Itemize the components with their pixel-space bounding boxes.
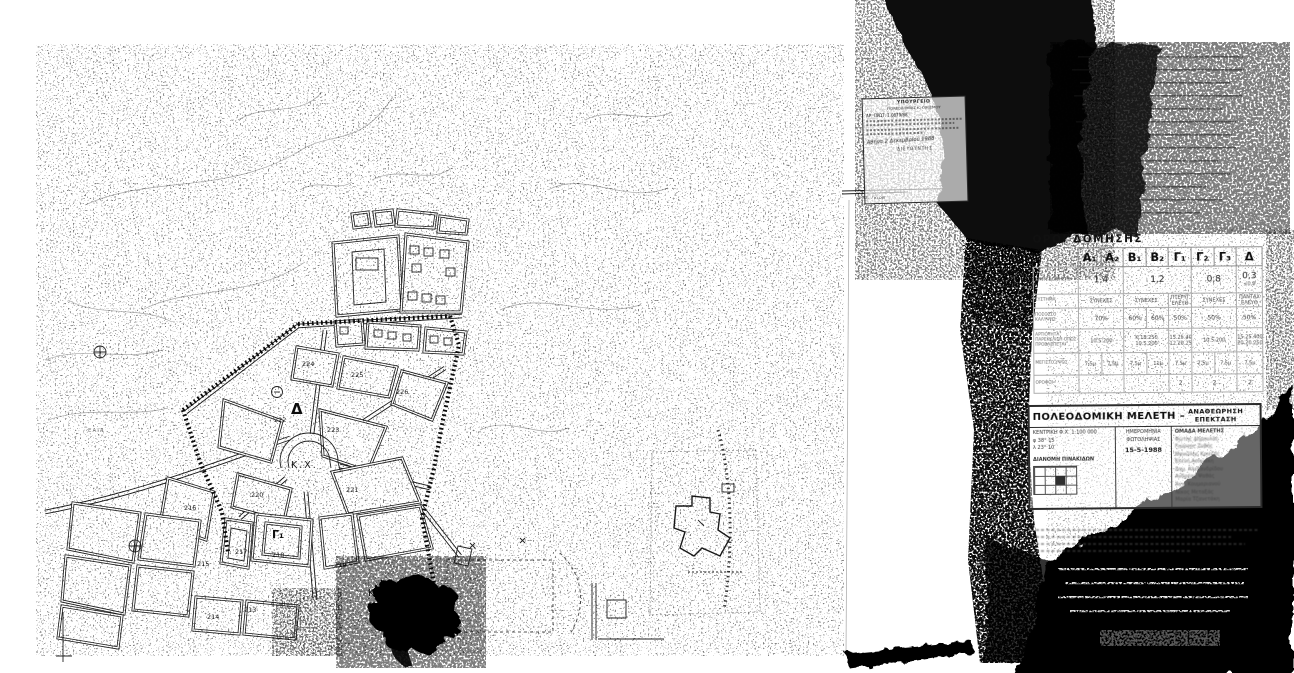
terms-table-title: ΟΡΟΙ ΔΟΜΗΣΗΣ bbox=[1032, 232, 1262, 246]
row-label: ΟΡΟΦΟΙ bbox=[1034, 375, 1079, 393]
table-cell: 7,5μ bbox=[1192, 352, 1215, 374]
table-cell: 1,2 bbox=[1123, 266, 1191, 293]
cell-value-2: ≤0,8 bbox=[1237, 281, 1262, 287]
zone-header-cell: Δ bbox=[1236, 247, 1262, 266]
row-label: ΠΟΣΟΣΤΟ ΚΑΛΥΨΗΣ bbox=[1033, 308, 1078, 329]
stamp-illegible-line bbox=[866, 126, 958, 131]
table-cell: 7,5μ bbox=[1237, 352, 1263, 374]
table-cell: 7,5μ bbox=[1214, 352, 1237, 374]
table-cell: 0,8 bbox=[1191, 266, 1236, 293]
table-row: ΟΡΟΦΟΙ 2 2 2 bbox=[1034, 374, 1263, 394]
study-subtitle: ΑΝΑΘΕΩΡΗΣΗ ΕΠΕΚΤΑΣΗ bbox=[1188, 407, 1243, 423]
table-cell: ΠΤΕΡΥΓ ΕΛΕΥΘ bbox=[1169, 293, 1192, 307]
table-cell: 7,5μ bbox=[1101, 353, 1124, 375]
photo-date-value: 15-5-1988 bbox=[1119, 446, 1168, 454]
scanned-plan-sheet: 213 214 215 216 217 218 219 220 221 222 … bbox=[0, 0, 1294, 673]
stamp-protocol: ΑΡ. ΠΡΩΤ. 1.0879/88 bbox=[866, 111, 962, 119]
title-block-header: ΠΟΛΕΟΔΟΜΙΚΗ ΜΕΛΕΤΗ – ΑΝΑΘΕΩΡΗΣΗ ΕΠΕΚΤΑΣΗ bbox=[1030, 405, 1260, 428]
team-member-list: Φώτης Δημουλάς Γιώργος Ζυβής Μανώλης Κρι… bbox=[1175, 436, 1258, 505]
table-row: ΜΕΓΙΣΤΟ ΥΨΟΣ 7,5μ 7,5μ 7,5μ 11μ 7,5μ 7,5… bbox=[1034, 352, 1263, 376]
zone-header-row: Α₁ Α₂ Β₁ Β₂ Γ₁ Γ₂ Γ₃ Δ bbox=[1033, 247, 1262, 268]
approval-stamp: ΥΠΟΥΡΓΕΙΟ ΠΟΛΕΟΔΟΜΙΑΣ Κ. ΟΙΚΙΣΜΟΥ ΑΡ. ΠΡ… bbox=[862, 96, 969, 205]
current-sheet-marker bbox=[1055, 476, 1065, 485]
sheet-index-label: ΔΙΑΝΟΜΗ ΠΙΝΑΚΙΔΩΝ bbox=[1033, 456, 1112, 464]
row-label: ΜΕΓΙΣΤΟ ΥΨΟΣ bbox=[1034, 353, 1079, 375]
title-block: ΠΟΛΕΟΔΟΜΙΚΗ ΜΕΛΕΤΗ – ΑΝΑΘΕΩΡΗΣΗ ΕΠΕΚΤΑΣΗ… bbox=[1028, 403, 1263, 510]
table-cell: 2 bbox=[1192, 374, 1237, 392]
zone-header-cell: Α₂ bbox=[1101, 248, 1124, 267]
table-cell: 7,5μ bbox=[1169, 352, 1192, 374]
zone-header-cell: Α₁ bbox=[1078, 248, 1101, 267]
table-cell: 2 bbox=[1237, 374, 1263, 392]
cell-value: 0,3 bbox=[1237, 271, 1262, 281]
zone-header-cell: Β₂ bbox=[1146, 247, 1169, 266]
table-cell: 70% bbox=[1079, 308, 1124, 329]
zone-header-cell: Γ₂ bbox=[1191, 247, 1214, 266]
table-cell: 10.5.200 bbox=[1079, 329, 1124, 353]
zone-header-cell: Β₁ bbox=[1123, 248, 1146, 267]
table-cell: 15.25.400 20.20.250 bbox=[1237, 328, 1263, 352]
table-cell: 50% bbox=[1169, 307, 1192, 328]
zone-header-cell: Γ₃ bbox=[1214, 247, 1237, 266]
building-terms-table: ΟΡΟΙ ΔΟΜΗΣΗΣ Α₁ Α₂ Β₁ Β₂ Γ₁ Γ₂ Γ₃ Δ ΣΥΝΤ… bbox=[1032, 232, 1263, 394]
table-cell: ΣΥΝΕΧΕΣ bbox=[1124, 293, 1169, 307]
stamp-annotation: ΒΑΣ. ΓΚΙΩΝ bbox=[859, 195, 885, 200]
table-cell bbox=[1079, 375, 1124, 393]
table-row: ΑΡΤΙΟΤΗΤΑ ΠΑΡΕΚΚΛΙΣΗ ΟΠΩΣ ΠΡΟΒΛΕΠΕΤΑΙ 10… bbox=[1034, 328, 1263, 354]
table-cell: 15.25.400 12.20.250 bbox=[1169, 328, 1192, 352]
table-cell bbox=[1124, 374, 1169, 392]
table-cell: ΠΑΝΤΑΧ ΕΛΕΥΘ bbox=[1236, 293, 1262, 307]
table-cell: 60% bbox=[1146, 307, 1169, 328]
study-title: ΠΟΛΕΟΔΟΜΙΚΗ ΜΕΛΕΤΗ – bbox=[1033, 410, 1186, 422]
reference-column: ΚΕΝΤΡΙΚΗ Φ.Χ. 1:100 000 φ 38° 15΄ λ 23° … bbox=[1030, 427, 1117, 508]
table-cell: 0,3 ≤0,8 bbox=[1236, 266, 1262, 293]
coordinate-lon: λ 23° 10΄ bbox=[1033, 444, 1112, 452]
table-cell: ΣΥΝΕΧΕΣ bbox=[1079, 294, 1124, 308]
illegible-footer-lines bbox=[1036, 524, 1258, 557]
table-row: ΠΟΣΟΣΤΟ ΚΑΛΥΨΗΣ 70% 60% 60% 50% 50% 50% bbox=[1033, 307, 1262, 330]
table-cell: 7,5μ bbox=[1079, 353, 1102, 375]
table-cell: 11μ bbox=[1147, 352, 1170, 374]
table-cell: 60% bbox=[1124, 308, 1147, 329]
row-label: ΣΥΝΤ. ΔΟΜΗΣΗΣ bbox=[1033, 267, 1078, 294]
table-cell: ΣΥΝΕΧΕΣ bbox=[1191, 293, 1236, 307]
team-column: ΟΜΑΔΑ ΜΕΛΕΤΗΣ Φώτης Δημουλάς Γιώργος Ζυβ… bbox=[1172, 426, 1261, 507]
cell-value: 15.25.400 bbox=[1170, 334, 1192, 340]
row-label: ΑΡΤΙΟΤΗΤΑ ΠΑΡΕΚΚΛΙΣΗ ΟΠΩΣ ΠΡΟΒΛΕΠΕΤΑΙ bbox=[1034, 329, 1079, 353]
table-cell: 50% bbox=[1237, 307, 1263, 328]
table-cell: 10.5.200 bbox=[1192, 328, 1237, 352]
photo-date-column: ΗΜΕΡΟΜΗΝΙΑ ΦΩΤΟΛΗΨΙΑΣ 15-5-1988 bbox=[1116, 427, 1173, 507]
table-cell: 2 bbox=[1169, 374, 1192, 392]
zone-header-cell: Γ₁ bbox=[1168, 247, 1191, 266]
row-label: ΣΥΣΤΗΜΑ bbox=[1033, 294, 1078, 308]
cell-value-2: 12.20.250 bbox=[1170, 340, 1192, 346]
team-member: Μαρία Τζανετάκη bbox=[1175, 496, 1257, 504]
stamp-signer-title: ΔΙΕΥΘΥΝΤΗΣ bbox=[867, 144, 963, 152]
sheet-edge-line bbox=[846, 200, 849, 655]
table-cell: 1,4 bbox=[1078, 267, 1123, 294]
table-cell: 50% bbox=[1191, 307, 1236, 328]
table-cell: Κ.18.250 10.5.200 bbox=[1124, 328, 1169, 352]
sheet-index-grid bbox=[1033, 466, 1077, 495]
cell-value-2: 20.20.250 bbox=[1237, 340, 1262, 346]
cell-value: 15.25.400 bbox=[1237, 334, 1262, 340]
table-cell: 7,5μ bbox=[1124, 353, 1147, 375]
photo-date-label: ΦΩΤΟΛΗΨΙΑΣ bbox=[1119, 436, 1168, 444]
subtitle-line2: ΕΠΕΚΤΑΣΗ bbox=[1188, 415, 1243, 423]
stamp-illegible-line bbox=[867, 131, 925, 135]
table-row: ΣΥΝΤ. ΔΟΜΗΣΗΣ 1,4 1,2 0,8 0,3 ≤0,8 bbox=[1033, 266, 1262, 295]
